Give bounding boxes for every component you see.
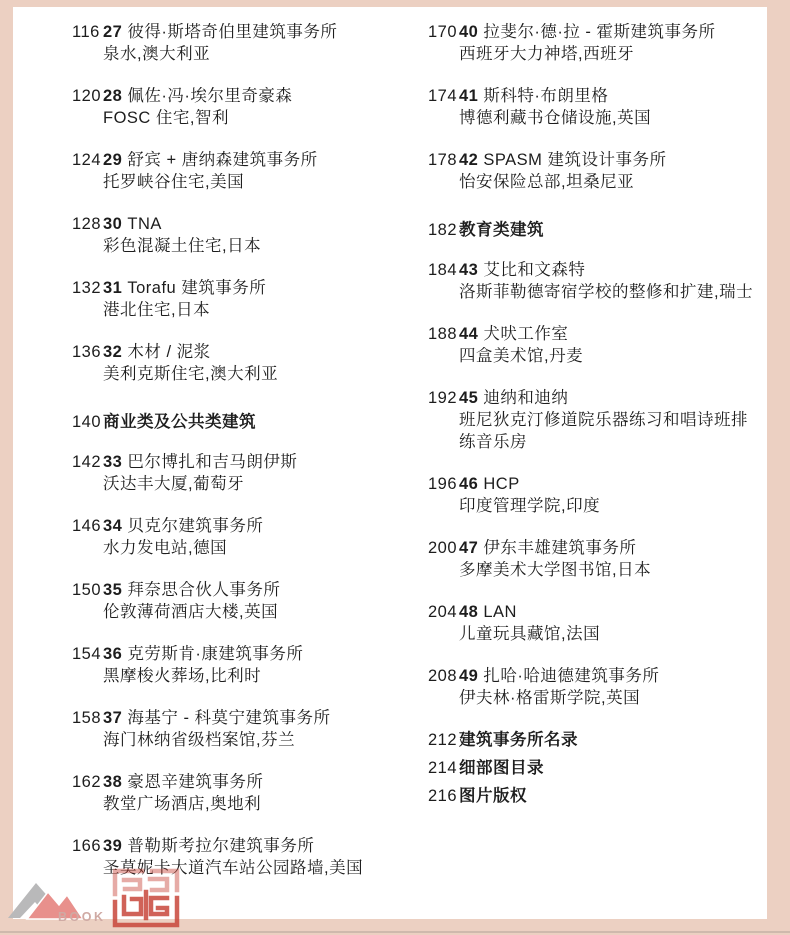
entry-body: 27彼得·斯塔奇伯里建筑事务所泉水,澳大利亚 bbox=[103, 21, 337, 65]
entry-body: 38豪恩辛建筑事务所教堂广场酒店,奥地利 bbox=[103, 771, 263, 815]
toc-column-right: 17040拉斐尔·德·拉 - 霍斯建筑事务所西班牙大力神塔,西班牙17441斯科… bbox=[428, 21, 760, 813]
firm-name: TNA bbox=[127, 215, 162, 233]
entry-number: 30 bbox=[103, 215, 122, 233]
entry-body: 36克劳斯肯·康建筑事务所黑摩梭火葬场,比利时 bbox=[103, 643, 303, 687]
entry-title: 31Torafu 建筑事务所 bbox=[103, 277, 266, 299]
mbook-logo-text: BOOK bbox=[58, 910, 106, 924]
entry-title: 48LAN bbox=[459, 601, 600, 623]
entry-description: 教堂广场酒店,奥地利 bbox=[103, 793, 263, 815]
entry-title: 37海基宁 - 科莫宁建筑事务所 bbox=[103, 707, 331, 729]
toc-entry-32: 13632木材 / 泥浆美利克斯住宅,澳大利亚 bbox=[72, 341, 387, 385]
toc-entry-33: 14233巴尔博扎和吉马朗伊斯沃达丰大厦,葡萄牙 bbox=[72, 451, 387, 495]
entry-body: 47伊东丰雄建筑事务所多摩美术大学图书馆,日本 bbox=[459, 537, 651, 581]
entry-title: 35拜奈思合伙人事务所 bbox=[103, 579, 280, 601]
entry-description: 儿童玩具藏馆,法国 bbox=[459, 623, 600, 645]
entry-description: 海门林纳省级档案馆,芬兰 bbox=[103, 729, 331, 751]
entry-title: 44犬吠工作室 bbox=[459, 323, 583, 345]
page-number: 136 bbox=[72, 341, 103, 363]
firm-name: Torafu 建筑事务所 bbox=[127, 279, 266, 297]
entry-title: 33巴尔博扎和吉马朗伊斯 bbox=[103, 451, 297, 473]
firm-name: 迪纳和迪纳 bbox=[483, 389, 568, 407]
entry-description: 怡安保险总部,坦桑尼亚 bbox=[459, 171, 667, 193]
page-number: 184 bbox=[428, 259, 459, 281]
simple-title: 建筑事务所名录 bbox=[459, 729, 578, 751]
entry-title: 46HCP bbox=[459, 473, 600, 495]
toc-entry-41: 17441斯科特·布朗里格博德利藏书仓储设施,英国 bbox=[428, 85, 760, 129]
toc-entry-28: 12028佩佐·冯·埃尔里奇豪森FOSC 住宅,智利 bbox=[72, 85, 387, 129]
entry-number: 36 bbox=[103, 645, 122, 663]
toc-entry-36: 15436克劳斯肯·康建筑事务所黑摩梭火葬场,比利时 bbox=[72, 643, 387, 687]
toc-simple-216: 216图片版权 bbox=[428, 785, 760, 807]
entry-description: 水力发电站,德国 bbox=[103, 537, 263, 559]
entry-body: 40拉斐尔·德·拉 - 霍斯建筑事务所西班牙大力神塔,西班牙 bbox=[459, 21, 716, 65]
page-number: 200 bbox=[428, 537, 459, 559]
toc-section-140: 140商业类及公共类建筑 bbox=[72, 411, 387, 433]
page-number: 188 bbox=[428, 323, 459, 345]
page-number: 166 bbox=[72, 835, 103, 857]
toc-entry-46: 19646HCP印度管理学院,印度 bbox=[428, 473, 760, 517]
toc-entry-45: 19245迪纳和迪纳班尼狄克汀修道院乐器练习和唱诗班排练音乐房 bbox=[428, 387, 760, 453]
entry-body: 33巴尔博扎和吉马朗伊斯沃达丰大厦,葡萄牙 bbox=[103, 451, 297, 495]
page-number: 182 bbox=[428, 219, 459, 241]
entry-body: 41斯科特·布朗里格博德利藏书仓储设施,英国 bbox=[459, 85, 651, 129]
toc-entry-31: 13231Torafu 建筑事务所港北住宅,日本 bbox=[72, 277, 387, 321]
firm-name: 彼得·斯塔奇伯里建筑事务所 bbox=[127, 23, 337, 41]
entry-number: 33 bbox=[103, 453, 122, 471]
entry-title: 39普勒斯考拉尔建筑事务所 bbox=[103, 835, 363, 857]
entry-number: 37 bbox=[103, 709, 122, 727]
firm-name: LAN bbox=[483, 603, 517, 621]
firm-name: 艾比和文森特 bbox=[483, 261, 585, 279]
entry-number: 27 bbox=[103, 23, 122, 41]
toc-entry-49: 20849扎哈·哈迪德建筑事务所伊夫林·格雷斯学院,英国 bbox=[428, 665, 760, 709]
page-number: 162 bbox=[72, 771, 103, 793]
entry-body: 46HCP印度管理学院,印度 bbox=[459, 473, 600, 517]
entry-title: 38豪恩辛建筑事务所 bbox=[103, 771, 263, 793]
firm-name: 普勒斯考拉尔建筑事务所 bbox=[127, 837, 314, 855]
toc-entry-27: 11627彼得·斯塔奇伯里建筑事务所泉水,澳大利亚 bbox=[72, 21, 387, 65]
toc-column-left: 11627彼得·斯塔奇伯里建筑事务所泉水,澳大利亚12028佩佐·冯·埃尔里奇豪… bbox=[72, 21, 387, 899]
entry-title: 32木材 / 泥浆 bbox=[103, 341, 278, 363]
page-number: 178 bbox=[428, 149, 459, 171]
entry-description: 伦敦薄荷酒店大楼,英国 bbox=[103, 601, 280, 623]
entry-title: 47伊东丰雄建筑事务所 bbox=[459, 537, 651, 559]
page-number: 146 bbox=[72, 515, 103, 537]
page-number: 128 bbox=[72, 213, 103, 235]
entry-title: 40拉斐尔·德·拉 - 霍斯建筑事务所 bbox=[459, 21, 716, 43]
firm-name: 巴尔博扎和吉马朗伊斯 bbox=[127, 453, 297, 471]
entry-number: 34 bbox=[103, 517, 122, 535]
entry-description: 彩色混凝土住宅,日本 bbox=[103, 235, 261, 257]
firm-name: 扎哈·哈迪德建筑事务所 bbox=[483, 667, 659, 685]
firm-name: 伊东丰雄建筑事务所 bbox=[483, 539, 636, 557]
firm-name: 斯科特·布朗里格 bbox=[483, 87, 608, 105]
firm-name: 犬吠工作室 bbox=[483, 325, 568, 343]
entry-description: 印度管理学院,印度 bbox=[459, 495, 600, 517]
page-number: 116 bbox=[72, 21, 103, 43]
entry-body: 48LAN儿童玩具藏馆,法国 bbox=[459, 601, 600, 645]
firm-name: 海基宁 - 科莫宁建筑事务所 bbox=[127, 709, 330, 727]
entry-number: 48 bbox=[459, 603, 478, 621]
simple-title: 图片版权 bbox=[459, 785, 527, 807]
toc-simple-214: 214细部图目录 bbox=[428, 757, 760, 779]
entry-body: 31Torafu 建筑事务所港北住宅,日本 bbox=[103, 277, 266, 321]
entry-title: 36克劳斯肯·康建筑事务所 bbox=[103, 643, 303, 665]
entry-number: 49 bbox=[459, 667, 478, 685]
section-title: 教育类建筑 bbox=[459, 219, 544, 241]
entry-description: 西班牙大力神塔,西班牙 bbox=[459, 43, 716, 65]
entry-description: 博德利藏书仓储设施,英国 bbox=[459, 107, 651, 129]
page-number: 154 bbox=[72, 643, 103, 665]
toc-simple-212: 212建筑事务所名录 bbox=[428, 729, 760, 751]
entry-number: 38 bbox=[103, 773, 122, 791]
entry-number: 31 bbox=[103, 279, 122, 297]
entry-body: 29舒宾 + 唐纳森建筑事务所托罗峡谷住宅,美国 bbox=[103, 149, 318, 193]
entry-number: 32 bbox=[103, 343, 122, 361]
mbook-watermark-logo: BOOK bbox=[6, 866, 118, 928]
entry-description: 练音乐房 bbox=[459, 431, 748, 453]
page-number: 170 bbox=[428, 21, 459, 43]
entry-body: 37海基宁 - 科莫宁建筑事务所海门林纳省级档案馆,芬兰 bbox=[103, 707, 331, 751]
toc-entry-48: 20448LAN儿童玩具藏馆,法国 bbox=[428, 601, 760, 645]
page-number: 214 bbox=[428, 757, 459, 779]
page-number: 158 bbox=[72, 707, 103, 729]
entry-title: 41斯科特·布朗里格 bbox=[459, 85, 651, 107]
toc-entry-34: 14634贝克尔建筑事务所水力发电站,德国 bbox=[72, 515, 387, 559]
entry-number: 45 bbox=[459, 389, 478, 407]
firm-name: HCP bbox=[483, 475, 519, 493]
entry-description: 多摩美术大学图书馆,日本 bbox=[459, 559, 651, 581]
toc-entry-40: 17040拉斐尔·德·拉 - 霍斯建筑事务所西班牙大力神塔,西班牙 bbox=[428, 21, 760, 65]
entry-number: 43 bbox=[459, 261, 478, 279]
toc-entry-47: 20047伊东丰雄建筑事务所多摩美术大学图书馆,日本 bbox=[428, 537, 760, 581]
entry-description: 托罗峡谷住宅,美国 bbox=[103, 171, 318, 193]
entry-number: 35 bbox=[103, 581, 122, 599]
firm-name: 克劳斯肯·康建筑事务所 bbox=[127, 645, 303, 663]
entry-number: 28 bbox=[103, 87, 122, 105]
entry-body: 45迪纳和迪纳班尼狄克汀修道院乐器练习和唱诗班排练音乐房 bbox=[459, 387, 748, 453]
entry-body: 44犬吠工作室四盒美术馆,丹麦 bbox=[459, 323, 583, 367]
entry-title: 30TNA bbox=[103, 213, 261, 235]
page-number: 208 bbox=[428, 665, 459, 687]
entry-title: 34贝克尔建筑事务所 bbox=[103, 515, 263, 537]
toc-entry-42: 17842SPASM 建筑设计事务所怡安保险总部,坦桑尼亚 bbox=[428, 149, 760, 193]
toc-entry-44: 18844犬吠工作室四盒美术馆,丹麦 bbox=[428, 323, 760, 367]
red-seal-stamp-icon bbox=[110, 866, 182, 930]
simple-title: 细部图目录 bbox=[459, 757, 544, 779]
entry-body: 42SPASM 建筑设计事务所怡安保险总部,坦桑尼亚 bbox=[459, 149, 667, 193]
toc-entry-29: 12429舒宾 + 唐纳森建筑事务所托罗峡谷住宅,美国 bbox=[72, 149, 387, 193]
entry-title: 43艾比和文森特 bbox=[459, 259, 753, 281]
entry-description: 四盒美术馆,丹麦 bbox=[459, 345, 583, 367]
entry-title: 45迪纳和迪纳 bbox=[459, 387, 748, 409]
page-number: 124 bbox=[72, 149, 103, 171]
page-number: 132 bbox=[72, 277, 103, 299]
entry-body: 30TNA彩色混凝土住宅,日本 bbox=[103, 213, 261, 257]
entry-description: 伊夫林·格雷斯学院,英国 bbox=[459, 687, 659, 709]
photo-edge-line bbox=[0, 931, 790, 933]
firm-name: SPASM 建筑设计事务所 bbox=[483, 151, 666, 169]
toc-paper: 11627彼得·斯塔奇伯里建筑事务所泉水,澳大利亚12028佩佐·冯·埃尔里奇豪… bbox=[13, 7, 767, 919]
entry-title: 29舒宾 + 唐纳森建筑事务所 bbox=[103, 149, 318, 171]
entry-title: 28佩佐·冯·埃尔里奇豪森 bbox=[103, 85, 292, 107]
toc-entry-30: 12830TNA彩色混凝土住宅,日本 bbox=[72, 213, 387, 257]
entry-description: 洛斯菲勒德寄宿学校的整修和扩建,瑞士 bbox=[459, 281, 753, 303]
entry-description: 泉水,澳大利亚 bbox=[103, 43, 337, 65]
firm-name: 木材 / 泥浆 bbox=[127, 343, 210, 361]
entry-title: 42SPASM 建筑设计事务所 bbox=[459, 149, 667, 171]
firm-name: 豪恩辛建筑事务所 bbox=[127, 773, 263, 791]
firm-name: 拜奈思合伙人事务所 bbox=[127, 581, 280, 599]
toc-section-182: 182教育类建筑 bbox=[428, 219, 760, 241]
toc-entry-35: 15035拜奈思合伙人事务所伦敦薄荷酒店大楼,英国 bbox=[72, 579, 387, 623]
entry-number: 42 bbox=[459, 151, 478, 169]
entry-number: 47 bbox=[459, 539, 478, 557]
toc-entry-37: 15837海基宁 - 科莫宁建筑事务所海门林纳省级档案馆,芬兰 bbox=[72, 707, 387, 751]
entry-number: 40 bbox=[459, 23, 478, 41]
entry-body: 49扎哈·哈迪德建筑事务所伊夫林·格雷斯学院,英国 bbox=[459, 665, 659, 709]
page-number: 140 bbox=[72, 411, 103, 433]
firm-name: 贝克尔建筑事务所 bbox=[127, 517, 263, 535]
page-number: 142 bbox=[72, 451, 103, 473]
entry-description: 港北住宅,日本 bbox=[103, 299, 266, 321]
page-number: 120 bbox=[72, 85, 103, 107]
entry-title: 27彼得·斯塔奇伯里建筑事务所 bbox=[103, 21, 337, 43]
entry-body: 43艾比和文森特洛斯菲勒德寄宿学校的整修和扩建,瑞士 bbox=[459, 259, 753, 303]
entry-number: 41 bbox=[459, 87, 478, 105]
entry-description: 班尼狄克汀修道院乐器练习和唱诗班排 bbox=[459, 409, 748, 431]
entry-description: 美利克斯住宅,澳大利亚 bbox=[103, 363, 278, 385]
entry-number: 39 bbox=[103, 837, 122, 855]
page-number: 196 bbox=[428, 473, 459, 495]
page-number: 192 bbox=[428, 387, 459, 409]
firm-name: 佩佐·冯·埃尔里奇豪森 bbox=[127, 87, 292, 105]
page-number: 150 bbox=[72, 579, 103, 601]
page-number: 204 bbox=[428, 601, 459, 623]
page-number: 212 bbox=[428, 729, 459, 751]
entry-body: 28佩佐·冯·埃尔里奇豪森FOSC 住宅,智利 bbox=[103, 85, 292, 129]
entry-body: 32木材 / 泥浆美利克斯住宅,澳大利亚 bbox=[103, 341, 278, 385]
page-number: 216 bbox=[428, 785, 459, 807]
toc-entry-43: 18443艾比和文森特洛斯菲勒德寄宿学校的整修和扩建,瑞士 bbox=[428, 259, 760, 303]
section-title: 商业类及公共类建筑 bbox=[103, 411, 256, 433]
entry-description: FOSC 住宅,智利 bbox=[103, 107, 292, 129]
entry-description: 沃达丰大厦,葡萄牙 bbox=[103, 473, 297, 495]
toc-entry-38: 16238豪恩辛建筑事务所教堂广场酒店,奥地利 bbox=[72, 771, 387, 815]
entry-title: 49扎哈·哈迪德建筑事务所 bbox=[459, 665, 659, 687]
entry-number: 44 bbox=[459, 325, 478, 343]
firm-name: 拉斐尔·德·拉 - 霍斯建筑事务所 bbox=[483, 23, 715, 41]
page-number: 174 bbox=[428, 85, 459, 107]
entry-description: 黑摩梭火葬场,比利时 bbox=[103, 665, 303, 687]
entry-body: 35拜奈思合伙人事务所伦敦薄荷酒店大楼,英国 bbox=[103, 579, 280, 623]
firm-name: 舒宾 + 唐纳森建筑事务所 bbox=[127, 151, 317, 169]
entry-number: 29 bbox=[103, 151, 122, 169]
entry-number: 46 bbox=[459, 475, 478, 493]
entry-body: 34贝克尔建筑事务所水力发电站,德国 bbox=[103, 515, 263, 559]
